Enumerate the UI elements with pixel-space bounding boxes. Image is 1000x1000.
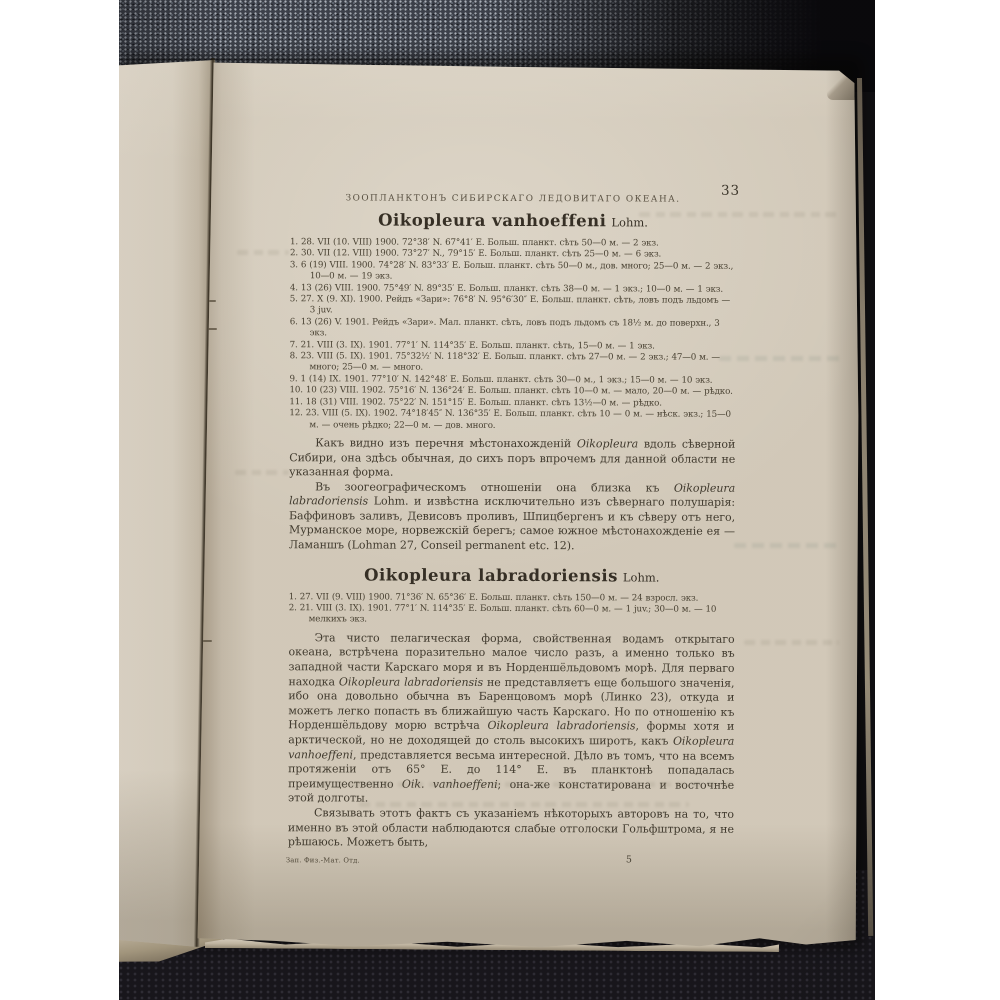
- paragraph: Въ зоогеографическомъ отношеніи она близ…: [289, 480, 735, 555]
- species-author: Lohm.: [623, 570, 660, 584]
- body-text: Эта чисто пелагическая форма, свойственн…: [288, 631, 735, 851]
- paragraph: Связывать этотъ фактъ съ указаніемъ нѣко…: [288, 806, 734, 851]
- page-header: ЗООПЛАНКТОНЪ СИБИРСКАГО ЛЕДОВИТАГО ОКЕАН…: [290, 185, 736, 199]
- photo-of-open-book: ЗООПЛАНКТОНЪ СИБИРСКАГО ЛЕДОВИТАГО ОКЕАН…: [119, 0, 875, 1000]
- station-entry: 12. 23. VIII (5. IX). 1902. 74°18′45″ N.…: [289, 408, 735, 432]
- section-title-labradoriensis: Oikopleura labradoriensisLohm.: [289, 565, 735, 586]
- station-entry: 3. 6 (19) VIII. 1900. 74°28′ N. 83°33′ E…: [290, 260, 736, 284]
- footer-imprint: Зап. Физ.-Мат. Отд.: [286, 856, 360, 864]
- body-text: Какъ видно изъ перечня мѣстонахожденій O…: [289, 436, 735, 554]
- show-through-text-ghost: [237, 250, 289, 255]
- station-entry-list: 1. 27. VII (9. VIII) 1900. 71°36′ N. 65°…: [289, 592, 735, 628]
- page-text: ЗООПЛАНКТОНЪ СИБИРСКАГО ЛЕДОВИТАГО ОКЕАН…: [288, 185, 736, 868]
- station-entry: 6. 13 (26) V. 1901. Рейдъ «Зари». Мал. п…: [290, 317, 736, 341]
- station-entry: 5. 27. X (9. XI). 1900. Рейдъ «Зари»: 76…: [290, 294, 736, 318]
- species-author: Lohm.: [611, 215, 648, 229]
- show-through-text-ghost: [744, 640, 839, 645]
- species-name: Oikopleura labradoriensis: [364, 565, 618, 585]
- station-entry: 2. 21. VIII (3. IX). 1901. 77°1′ N. 114°…: [289, 603, 735, 627]
- show-through-text-ghost: [734, 543, 839, 548]
- station-entry: 8. 23. VIII (5. IX). 1901. 75°32½′ N. 11…: [290, 351, 736, 375]
- sheet-signature: 5: [626, 854, 632, 865]
- show-through-text-ghost: [719, 356, 844, 361]
- show-through-text-ghost: [639, 212, 839, 217]
- right-page: ЗООПЛАНКТОНЪ СИБИРСКАГО ЛЕДОВИТАГО ОКЕАН…: [195, 60, 859, 948]
- page-number: 33: [721, 183, 740, 199]
- page-footer: Зап. Физ.-Мат. Отд. 5: [288, 853, 734, 869]
- show-through-text-ghost: [235, 470, 289, 475]
- show-through-text-ghost: [319, 782, 739, 787]
- running-head: ЗООПЛАНКТОНЪ СИБИРСКАГО ЛЕДОВИТАГО ОКЕАН…: [346, 193, 681, 204]
- species-name: Oikopleura vanhoeffeni: [378, 211, 606, 231]
- station-entry-list: 1. 28. VII (10. VIII) 1900. 72°38′ N. 67…: [289, 237, 736, 432]
- show-through-text-ghost: [359, 802, 689, 807]
- paragraph: Какъ видно изъ перечня мѣстонахожденій O…: [289, 436, 735, 481]
